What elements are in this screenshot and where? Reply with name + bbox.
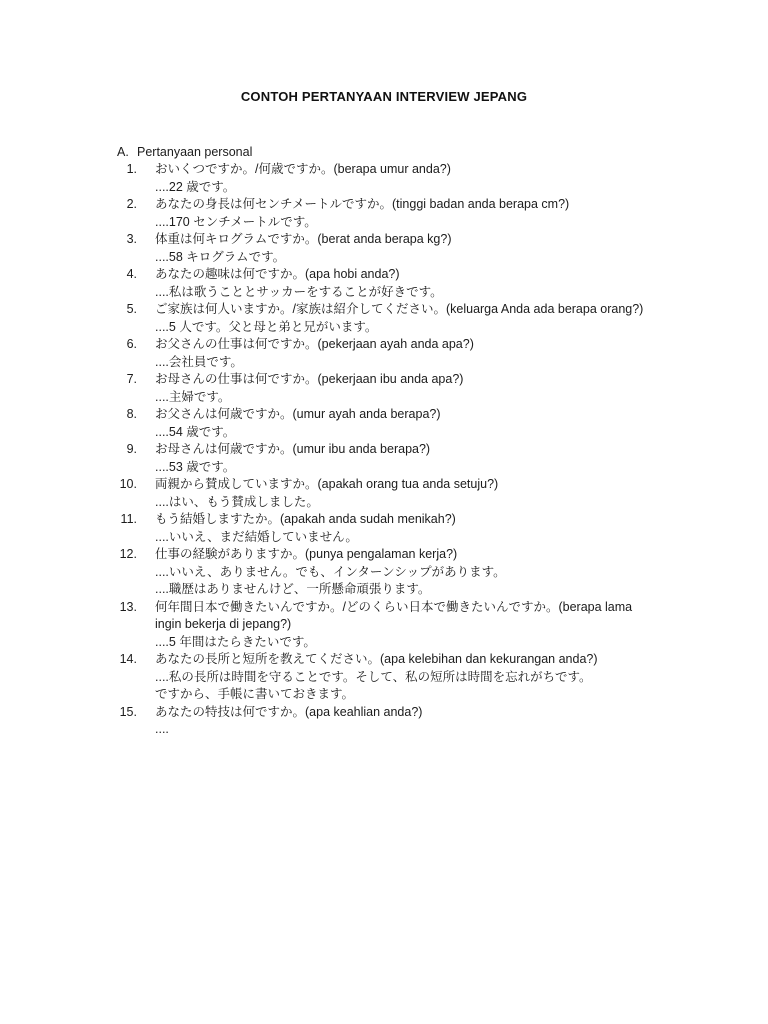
- answer-line: ....54 歳です。: [155, 424, 441, 442]
- item-number: 15.: [117, 704, 137, 739]
- item-number: 8.: [117, 406, 137, 441]
- item-number: 7.: [117, 371, 137, 406]
- list-item: 13. 何年間日本で働きたいんですか。/どのくらい日本で働きたいんですか。(be…: [0, 599, 768, 652]
- item-body: おいくつですか。/何歳ですか。(berapa umur anda?) ....2…: [155, 161, 451, 196]
- answer-line: ....いいえ、ありません。でも、インターンシップがあります。: [155, 564, 506, 582]
- item-body: 何年間日本で働きたいんですか。/どのくらい日本で働きたいんですか。(berapa…: [155, 599, 632, 652]
- answer-line: ....53 歳です。: [155, 459, 430, 477]
- item-number: 10.: [117, 476, 137, 511]
- item-number: 3.: [117, 231, 137, 266]
- item-body: お父さんは何歳ですか。(umur ayah anda berapa?) ....…: [155, 406, 441, 441]
- list-item: 9. お母さんは何歳ですか。(umur ibu anda berapa?) ..…: [0, 441, 768, 476]
- item-body: お父さんの仕事は何ですか。(pekerjaan ayah anda apa?) …: [155, 336, 474, 371]
- question-line: お父さんは何歳ですか。(umur ayah anda berapa?): [155, 406, 441, 424]
- item-body: 仕事の経験がありますか。(punya pengalaman kerja?) ..…: [155, 546, 506, 599]
- question-line: お母さんは何歳ですか。(umur ibu anda berapa?): [155, 441, 430, 459]
- document-title: CONTOH PERTANYAAN INTERVIEW JEPANG: [0, 0, 768, 106]
- item-body: お母さんの仕事は何ですか。(pekerjaan ibu anda apa?) .…: [155, 371, 463, 406]
- item-body: あなたの身長は何センチメートルですか。(tinggi badan anda be…: [155, 196, 569, 231]
- list-item: 11. もう結婚しますたか。(apakah anda sudah menikah…: [0, 511, 768, 546]
- item-number: 5.: [117, 301, 137, 336]
- item-number: 9.: [117, 441, 137, 476]
- answer-line: ....5 人です。父と母と弟と兄がいます。: [155, 319, 643, 337]
- question-line: 何年間日本で働きたいんですか。/どのくらい日本で働きたいんですか。(berapa…: [155, 599, 632, 617]
- item-number: 13.: [117, 599, 137, 652]
- item-number: 2.: [117, 196, 137, 231]
- list-item: 4. あなたの趣味は何ですか。(apa hobi anda?) ....私は歌う…: [0, 266, 768, 301]
- item-number: 4.: [117, 266, 137, 301]
- answer-line: ですから、手帳に書いておきます。: [155, 686, 598, 704]
- answer-line: ....いいえ、まだ結婚していません。: [155, 529, 456, 547]
- answer-line: ....私は歌うこととサッカーをすることが好きです。: [155, 284, 443, 302]
- item-body: あなたの特技は何ですか。(apa keahlian anda?) ....: [155, 704, 422, 739]
- question-line: ingin bekerja di jepang?): [155, 616, 632, 634]
- item-body: 両親から賛成していますか。(apakah orang tua anda setu…: [155, 476, 498, 511]
- item-number: 1.: [117, 161, 137, 196]
- question-line: お母さんの仕事は何ですか。(pekerjaan ibu anda apa?): [155, 371, 463, 389]
- list-item: 2. あなたの身長は何センチメートルですか。(tinggi badan anda…: [0, 196, 768, 231]
- list-item: 14. あなたの長所と短所を教えてください。(apa kelebihan dan…: [0, 651, 768, 704]
- item-body: お母さんは何歳ですか。(umur ibu anda berapa?) ....5…: [155, 441, 430, 476]
- list-item: 5. ご家族は何人いますか。/家族は紹介してください。(keluarga And…: [0, 301, 768, 336]
- answer-line: ....私の長所は時間を守ることです。そして、私の短所は時間を忘れがちです。: [155, 669, 598, 687]
- item-number: 11.: [117, 511, 137, 546]
- section-heading: A. Pertanyaan personal: [0, 144, 768, 162]
- document-page: CONTOH PERTANYAAN INTERVIEW JEPANG A. Pe…: [0, 0, 768, 1024]
- section-title: Pertanyaan personal: [137, 144, 252, 162]
- answer-line: ....5 年間はたらきたいです。: [155, 634, 632, 652]
- question-list: 1. おいくつですか。/何歳ですか。(berapa umur anda?) ..…: [0, 161, 768, 739]
- question-line: 両親から賛成していますか。(apakah orang tua anda setu…: [155, 476, 498, 494]
- item-number: 6.: [117, 336, 137, 371]
- item-body: あなたの長所と短所を教えてください。(apa kelebihan dan kek…: [155, 651, 598, 704]
- question-line: あなたの特技は何ですか。(apa keahlian anda?): [155, 704, 422, 722]
- question-line: あなたの身長は何センチメートルですか。(tinggi badan anda be…: [155, 196, 569, 214]
- question-line: お父さんの仕事は何ですか。(pekerjaan ayah anda apa?): [155, 336, 474, 354]
- item-number: 14.: [117, 651, 137, 704]
- list-item: 12. 仕事の経験がありますか。(punya pengalaman kerja?…: [0, 546, 768, 599]
- answer-line: ....会社員です。: [155, 354, 474, 372]
- item-number: 12.: [117, 546, 137, 599]
- answer-line: ....22 歳です。: [155, 179, 451, 197]
- list-item: 7. お母さんの仕事は何ですか。(pekerjaan ibu anda apa?…: [0, 371, 768, 406]
- list-item: 15. あなたの特技は何ですか。(apa keahlian anda?) ...…: [0, 704, 768, 739]
- list-item: 3. 体重は何キログラムですか。(berat anda berapa kg?) …: [0, 231, 768, 266]
- question-line: 仕事の経験がありますか。(punya pengalaman kerja?): [155, 546, 506, 564]
- answer-line: ....職歴はありませんけど、一所懸命頑張ります。: [155, 581, 506, 599]
- answer-line: ....58 キログラムです。: [155, 249, 452, 267]
- item-body: ご家族は何人いますか。/家族は紹介してください。(keluarga Anda a…: [155, 301, 643, 336]
- item-body: もう結婚しますたか。(apakah anda sudah menikah?) .…: [155, 511, 456, 546]
- answer-line: ....主婦です。: [155, 389, 463, 407]
- question-line: 体重は何キログラムですか。(berat anda berapa kg?): [155, 231, 452, 249]
- question-line: あなたの趣味は何ですか。(apa hobi anda?): [155, 266, 443, 284]
- list-item: 1. おいくつですか。/何歳ですか。(berapa umur anda?) ..…: [0, 161, 768, 196]
- question-line: もう結婚しますたか。(apakah anda sudah menikah?): [155, 511, 456, 529]
- item-body: 体重は何キログラムですか。(berat anda berapa kg?) ...…: [155, 231, 452, 266]
- answer-line: ....170 センチメートルです。: [155, 214, 569, 232]
- item-body: あなたの趣味は何ですか。(apa hobi anda?) ....私は歌うことと…: [155, 266, 443, 301]
- section-label: A.: [117, 144, 137, 162]
- question-line: ご家族は何人いますか。/家族は紹介してください。(keluarga Anda a…: [155, 301, 643, 319]
- question-line: あなたの長所と短所を教えてください。(apa kelebihan dan kek…: [155, 651, 598, 669]
- list-item: 10. 両親から賛成していますか。(apakah orang tua anda …: [0, 476, 768, 511]
- question-line: おいくつですか。/何歳ですか。(berapa umur anda?): [155, 161, 451, 179]
- list-item: 8. お父さんは何歳ですか。(umur ayah anda berapa?) .…: [0, 406, 768, 441]
- list-item: 6. お父さんの仕事は何ですか。(pekerjaan ayah anda apa…: [0, 336, 768, 371]
- answer-line: ....: [155, 721, 422, 739]
- answer-line: ....はい、もう賛成しました。: [155, 494, 498, 512]
